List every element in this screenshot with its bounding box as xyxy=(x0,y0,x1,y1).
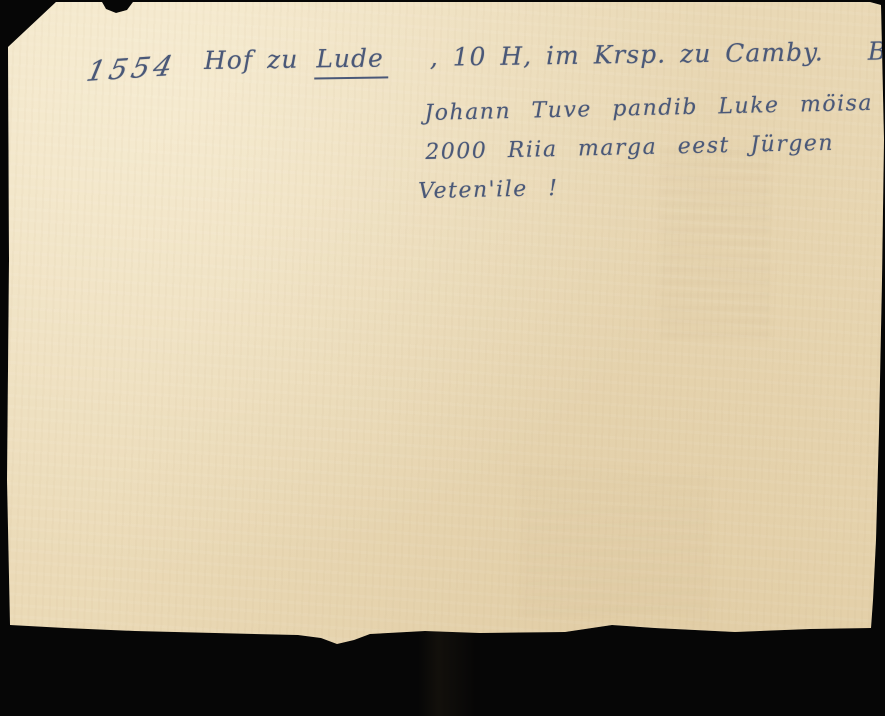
card-number: 1554 xyxy=(84,49,180,88)
heading-prefix: Hof zu xyxy=(204,45,299,75)
scanner-seam xyxy=(418,628,476,716)
scan-background: 1554 Hof zu Lude , 10 H, im Krsp. zu Cam… xyxy=(0,0,885,716)
heading-place-underlined: Lude xyxy=(314,43,388,79)
card-note: Johann Tuve pandib Luke möisa 2000 Riia … xyxy=(424,84,875,211)
index-card: 1554 Hof zu Lude , 10 H, im Krsp. zu Cam… xyxy=(0,0,885,716)
heading-reference: Bfl. 1414 xyxy=(867,35,885,66)
heading-details: , 10 H, im Krsp. zu Camby. xyxy=(430,37,824,71)
reverse-side-showthrough xyxy=(520,470,710,620)
